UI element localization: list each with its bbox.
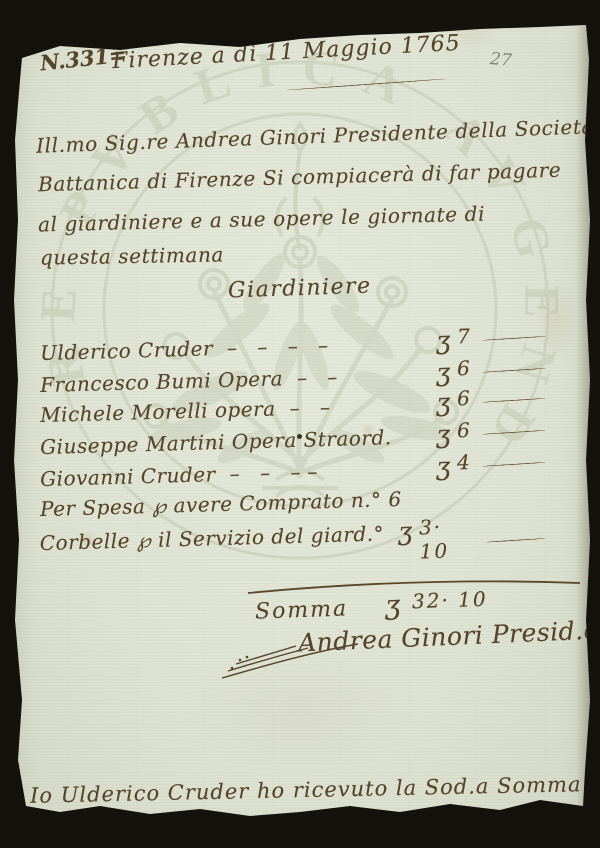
currency-symbol: ʒ	[398, 517, 413, 546]
entry-name: Corbelle ℘ il Servizio del giard.°	[39, 521, 384, 555]
entry-amount: 7	[457, 324, 472, 348]
amount-trail-stroke	[482, 462, 546, 467]
body-line-3: al giardiniere e a sue opere le giornate…	[38, 202, 486, 237]
currency-symbol: ʒ	[436, 358, 451, 387]
total-label: Somma	[255, 596, 349, 624]
entry-amount: 3· 10	[419, 514, 477, 564]
entry-name: Michele Morelli opera	[40, 396, 276, 427]
total-amount: 32· 10	[412, 587, 488, 614]
entry-dashes: – –	[297, 365, 345, 390]
entry-amount: 4	[457, 450, 472, 474]
folio-number: 27	[489, 49, 513, 71]
receipt-line: Io Ulderico Cruder ho ricevuto la Sod.a …	[30, 772, 582, 808]
total-currency-symbol: ʒ	[384, 590, 400, 622]
entry-dashes: – – ––	[229, 459, 324, 486]
section-heading-giardiniere: Giardiniere	[228, 274, 372, 304]
entry-row: Corbelle ℘ il Servizio del giard.° ʒ 3· …	[39, 513, 546, 579]
body-line-1: Ill.mo Sig.re Andrea Ginori Presidente d…	[36, 114, 595, 157]
body-line-2: Battanica di Firenze Si compiacerà di fa…	[38, 158, 562, 197]
entry-amount: 6	[457, 386, 472, 410]
amount-trail-stroke	[482, 430, 546, 435]
entry-dashes: – –	[289, 395, 337, 420]
document-page: RE PVBLICA AVGENDA	[0, 0, 600, 848]
entry-amount: 6	[457, 356, 472, 380]
place-date-line: Firenze a dì 11 Maggio 1765	[112, 31, 462, 74]
amount-trail-stroke	[482, 398, 546, 403]
date-underline-stroke	[286, 78, 446, 90]
photo-background: RE PVBLICA AVGENDA	[0, 0, 600, 848]
entry-name: Giovanni Cruder	[40, 462, 216, 491]
entry-dashes: – – – –	[227, 333, 336, 360]
signature-andrea-ginori: Andrea Ginori Presid.e	[298, 615, 600, 657]
ink-blot	[297, 434, 302, 439]
entry-name: Per Spesa ℘ avere Comprato n.° 6	[40, 487, 402, 521]
currency-symbol: ʒ	[436, 420, 451, 449]
currency-symbol: ʒ	[436, 388, 451, 417]
amount-trail-stroke	[482, 368, 546, 373]
currency-symbol: ʒ	[436, 452, 451, 481]
amount-trail-stroke	[486, 537, 546, 542]
entry-amount: 6	[457, 418, 472, 442]
paper-edge-shadow	[576, 24, 594, 818]
entry-name: Ulderico Cruder	[40, 336, 213, 365]
currency-symbol: ʒ	[436, 326, 451, 355]
body-line-4: questa settimana	[40, 242, 224, 269]
amount-trail-stroke	[482, 336, 546, 341]
